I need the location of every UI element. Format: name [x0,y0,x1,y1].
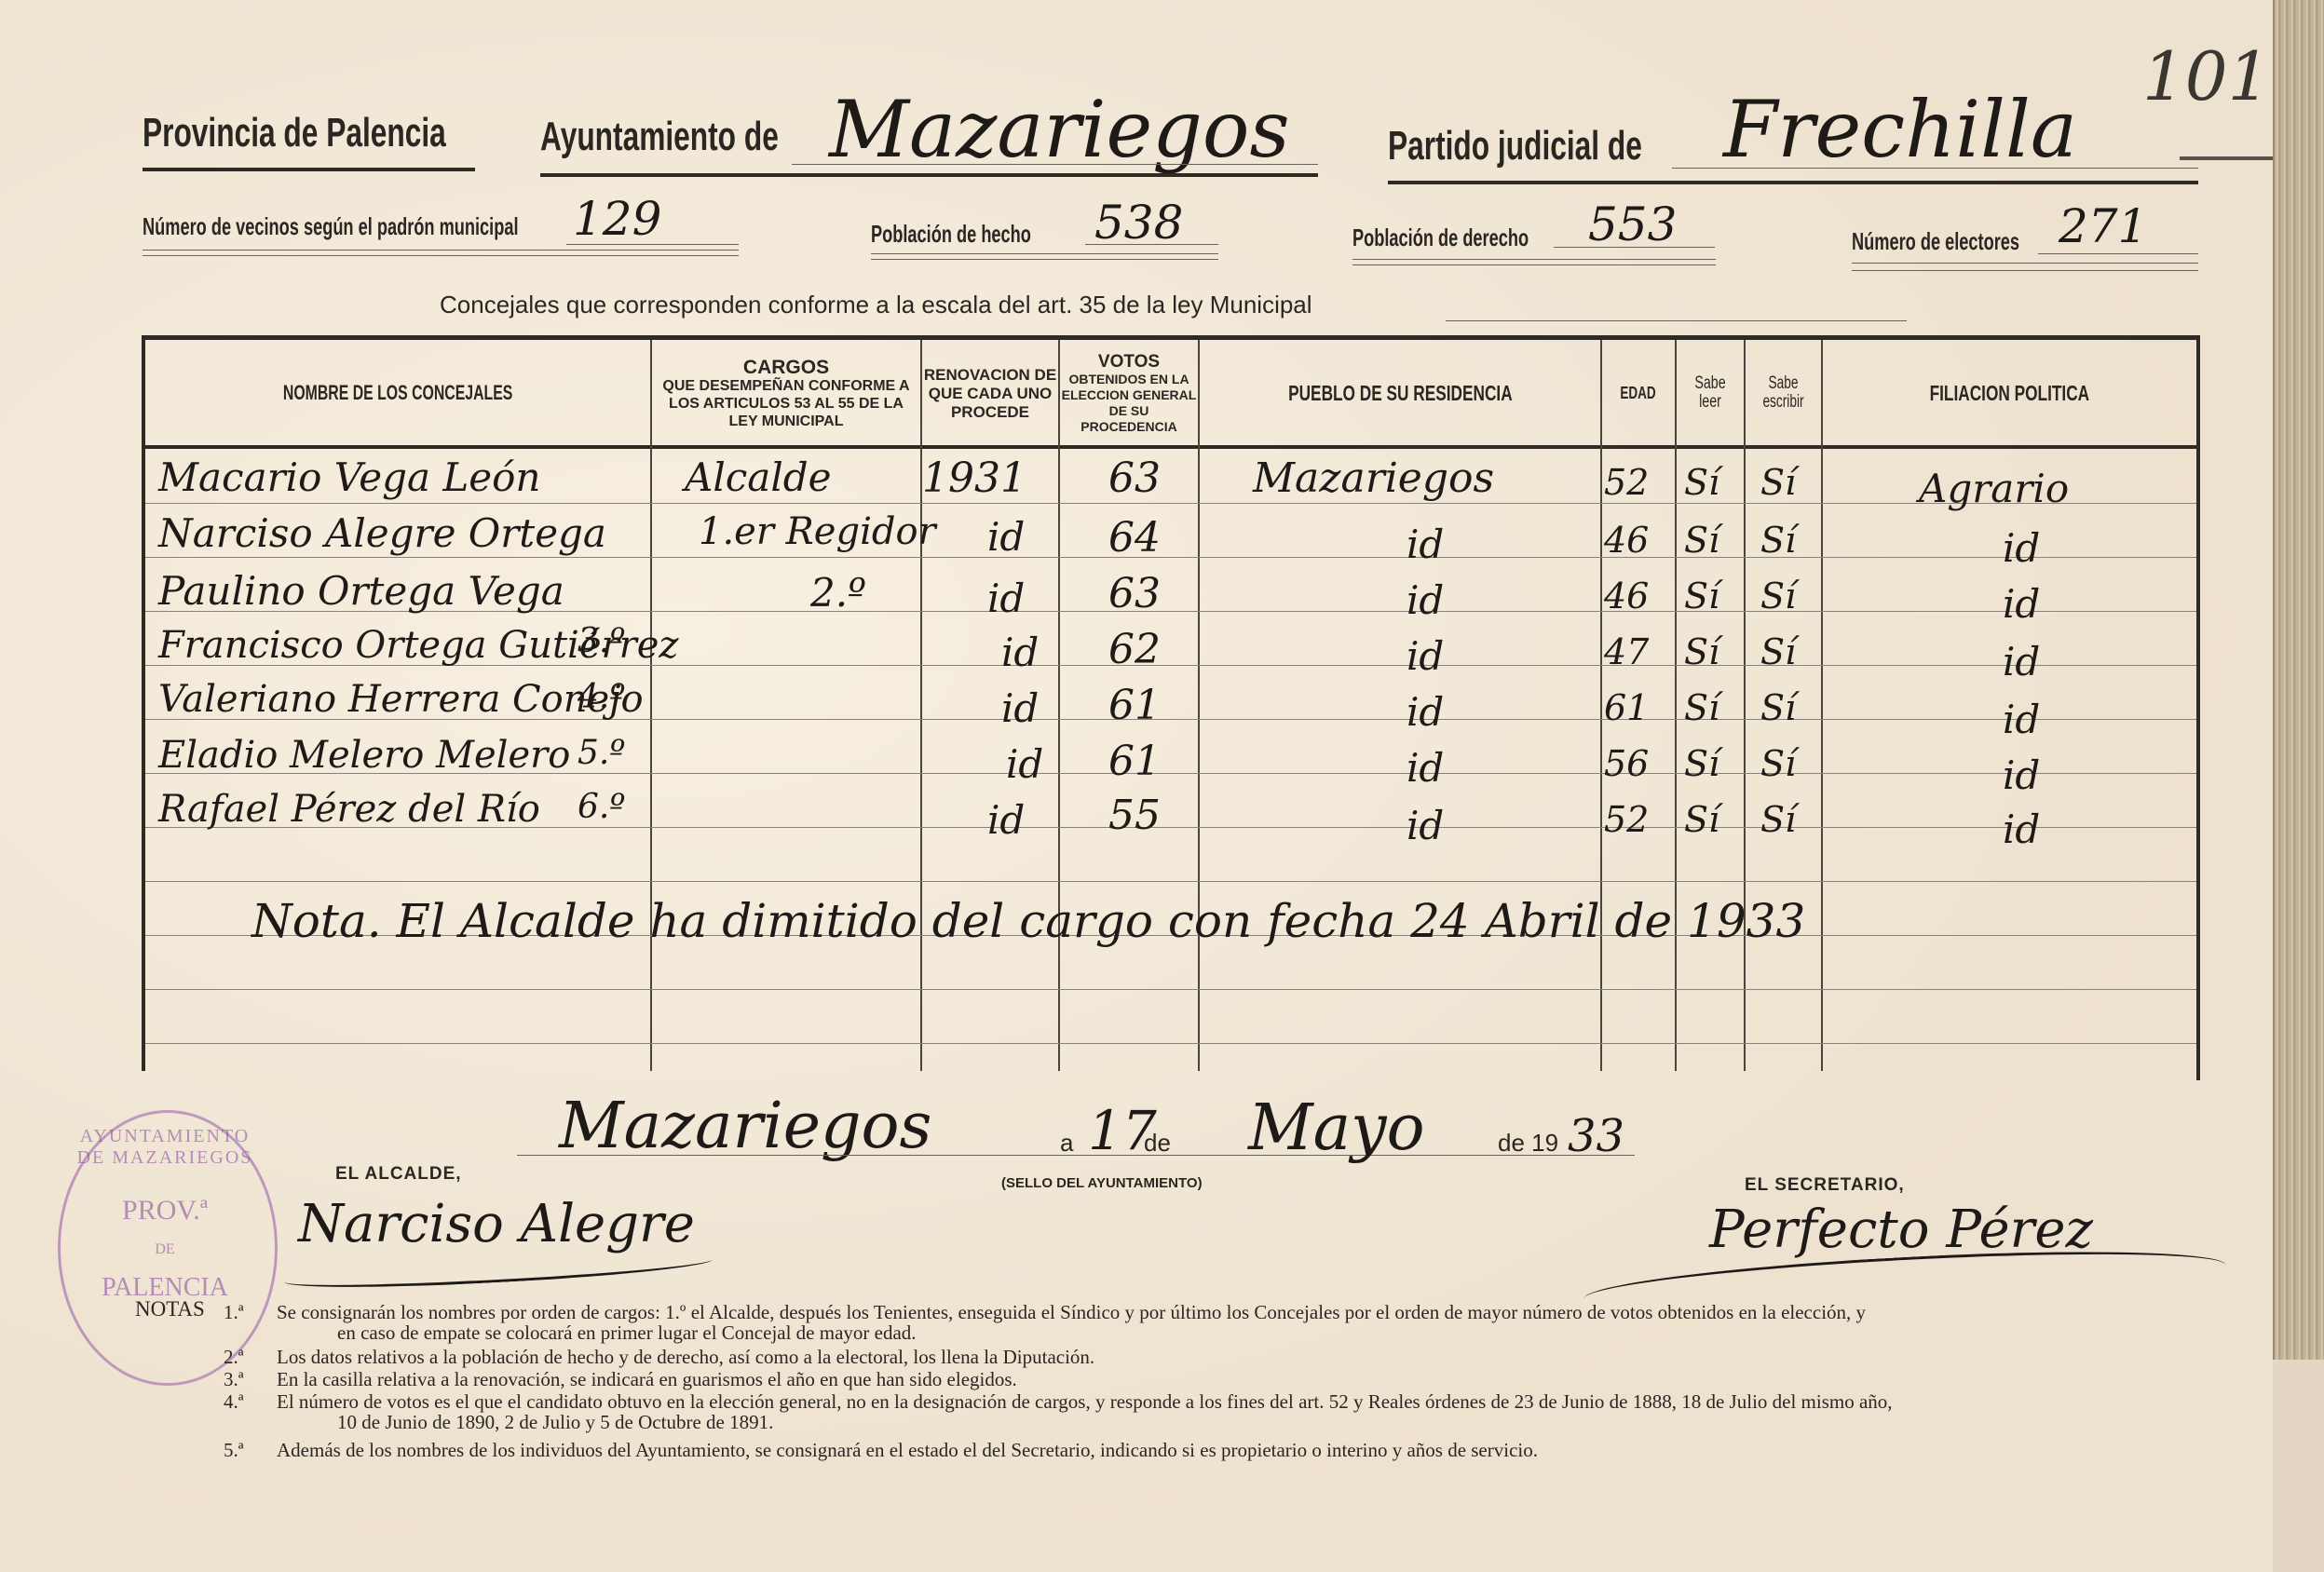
col-header-sabe-escribir: Sabe escribir [1746,340,1821,445]
note-4-cont: 10 de Junio de 1890, 2 de Julio y 5 de O… [337,1412,773,1432]
col-divider-1 [650,340,652,1071]
cell-escribir: Sí [1760,687,1796,728]
derecho-line [1554,247,1715,248]
cell-escribir: Sí [1760,631,1796,672]
concejales-caption: Concejales que corresponden conforme a l… [440,291,1312,319]
row-line [145,881,2196,882]
row-line [145,989,2196,990]
cell-cargo: 2.º [810,570,866,616]
page-number-underline [2180,156,2273,160]
alcalde-signature: Narciso Alegre [298,1194,695,1254]
cell-votos: 63 [1108,570,1161,617]
col-divider-8 [1821,340,1823,1071]
row-line [145,503,2196,504]
hecho-line [1085,244,1218,245]
cell-edad: 46 [1604,520,1649,561]
cell-pueblo: id [1407,577,1444,623]
vecinos-value[interactable]: 129 [573,192,661,246]
col-header-pueblo-text: PUEBLO DE SU RESIDENCIA [1288,384,1513,402]
col-header-sabe-leer: Sabe leer [1677,340,1744,445]
cell-leer: Sí [1684,799,1719,840]
cell-votos: 63 [1108,454,1161,502]
cell-leer: Sí [1684,576,1719,617]
secretario-signature: Perfecto Pérez [1709,1199,2093,1260]
col-divider-2 [920,340,922,1071]
cell-renovacion: id [987,576,1025,621]
partido-value[interactable]: Frechilla [1723,84,2077,175]
cell-renovacion: id [987,514,1025,560]
cell-edad: 46 [1604,576,1649,617]
note-2-text: Los datos relativos a la población de he… [277,1347,1094,1367]
cell-escribir: Sí [1760,743,1796,784]
partido-field-line [1672,168,2198,169]
partido-label: Partido judicial de [1388,123,1642,169]
provincia-underline [143,168,475,171]
cell-votos: 64 [1108,514,1161,562]
col-header-nombre: NOMBRE DE LOS CONCEJALES [145,340,650,445]
provincia-label: Provincia de Palencia [143,110,446,156]
derecho-value[interactable]: 553 [1588,197,1677,251]
cell-escribir: Sí [1760,799,1796,840]
note-3-num: 3.ª [224,1369,244,1389]
cell-renovacion: id [1001,630,1039,675]
table-header-bottom-border [142,445,2200,449]
cell-pueblo: id [1407,745,1444,791]
cell-cargo: 1.er Regidor [699,510,936,553]
cell-filiacion: id [2003,697,2040,742]
cell-cargo: 4.º [578,678,625,716]
vecinos-line [566,244,739,245]
date-year-prefix: de 19 [1498,1129,1558,1158]
alcalde-signature-flourish [284,1248,714,1294]
cell-escribir: Sí [1760,576,1796,617]
cell-pueblo: id [1407,633,1444,679]
hecho-line-3 [871,259,1218,260]
cell-filiacion: id [2003,525,2040,571]
note-1-num: 1.ª [224,1302,244,1322]
col-header-votos: VOTOS OBTENIDOS EN LA ELECCION GENERAL D… [1060,343,1198,445]
note-4-text: El número de votos es el que el candidat… [277,1391,1893,1412]
electores-value[interactable]: 271 [2059,199,2147,253]
hecho-value[interactable]: 538 [1094,196,1183,250]
stamp-line2: DE [61,1241,269,1258]
ayuntamiento-underline [540,173,1318,177]
note-4-num: 4.ª [224,1391,244,1412]
col-header-cargos-title: CARGOS [743,359,829,377]
hecho-line-2 [871,253,1218,254]
derecho-line-3 [1352,264,1716,265]
cell-votos: 61 [1108,738,1161,785]
col-divider-5 [1600,340,1602,1071]
alcalde-label: EL ALCALDE, [335,1164,462,1185]
stamp-ring-text: AYUNTAMIENTO DE MAZARIEGOS [70,1126,260,1169]
cell-votos: 62 [1108,626,1161,673]
date-de-label: de [1144,1129,1171,1158]
ayuntamiento-label: Ayuntamiento de [540,114,779,160]
cell-renovacion: id [987,797,1025,843]
cell-escribir: Sí [1760,520,1796,561]
electores-line-2 [1852,263,2198,264]
cell-pueblo: id [1407,689,1444,735]
col-divider-7 [1744,340,1746,1071]
vecinos-line-3 [143,255,739,256]
date-month: Mayo [1248,1091,1425,1165]
derecho-label: Población de derecho [1352,224,1529,252]
book-page-bottom [2273,1360,2324,1572]
col-header-cargos-sub: QUE DESEMPEÑAN CONFORME A LOS ARTICULOS … [652,377,920,430]
cell-leer: Sí [1684,631,1719,672]
secretario-label: EL SECRETARIO, [1745,1175,1905,1196]
col-header-votos-title: VOTOS [1098,353,1160,372]
cell-nombre: Rafael Pérez del Río [158,788,540,831]
col-header-renovacion: RENOVACION DE QUE CADA UNO PROCEDE [922,343,1058,445]
cell-filiacion: id [2003,752,2040,798]
cell-nombre: Eladio Melero Melero [158,734,570,777]
electores-line-3 [1852,270,2198,271]
cell-cargo: 3.º [578,622,625,660]
col-header-sabe-leer-text: Sabe leer [1692,374,1729,412]
document-page: 101 Provincia de Palencia Ayuntamiento d… [0,0,2273,1572]
date-year-suffix: 33 [1568,1110,1624,1162]
cell-cargo: Alcalde [685,454,832,500]
caption-line [1446,320,1907,321]
cell-edad: 61 [1604,687,1649,728]
partido-underline [1388,181,2198,184]
cell-votos: 61 [1108,682,1161,729]
stamp-line1: PROV.ª [61,1195,269,1226]
cell-pueblo: Mazariegos [1253,454,1494,502]
cell-nombre: Macario Vega León [158,454,540,500]
row-line [145,1043,2196,1044]
note-3-text: En la casilla relativa a la renovación, … [277,1369,1017,1389]
electores-label: Número de electores [1852,227,2019,256]
cell-filiacion: Agrario [1919,466,2069,511]
col-header-cargos: CARGOS QUE DESEMPEÑAN CONFORME A LOS ART… [652,343,920,445]
cell-renovacion: id [1001,685,1039,731]
note-5-num: 5.ª [224,1440,244,1460]
cell-votos: 55 [1108,792,1161,839]
cell-cargo: 5.º [578,734,625,772]
date-place: Mazariegos [559,1090,931,1163]
hecho-label: Población de hecho [871,220,1031,249]
cell-pueblo: id [1407,522,1444,567]
cell-edad: 56 [1604,743,1649,784]
col-header-edad: EDAD [1602,340,1675,445]
cell-nombre: Paulino Ortega Vega [158,568,564,614]
cell-pueblo: id [1407,803,1444,848]
col-header-nombre-text: NOMBRE DE LOS CONCEJALES [283,384,512,402]
cell-renovacion: 1931 [922,454,1026,502]
vecinos-line-2 [143,250,739,251]
ayuntamiento-value[interactable]: Mazariegos [829,84,1290,175]
ayuntamiento-stamp: AYUNTAMIENTO DE MAZARIEGOS PROV.ª DE PAL… [58,1110,278,1386]
col-divider-3 [1058,340,1060,1071]
cell-renovacion: id [1006,741,1043,787]
row-line [145,557,2196,558]
note-5-text: Además de los nombres de los individuos … [277,1440,1538,1460]
electores-line [2038,253,2198,254]
vecinos-label: Número de vecinos según el padrón munici… [143,212,519,241]
cell-edad: 52 [1604,462,1649,503]
col-header-votos-sub: OBTENIDOS EN LA ELECCION GENERAL DE SU P… [1060,372,1198,435]
col-divider-4 [1198,340,1200,1071]
cell-nombre: Valeriano Herrera Conejo [158,678,644,721]
sello-label: (SELLO DEL AYUNTAMIENTO) [1001,1175,1203,1191]
cell-cargo: 6.º [578,788,625,826]
col-header-edad-text: EDAD [1621,384,1656,402]
col-header-filiacion: FILIACION POLITICA [1823,340,2196,445]
cell-escribir: Sí [1760,462,1796,503]
col-divider-6 [1675,340,1677,1071]
col-header-renovacion-text: RENOVACION DE QUE CADA UNO PROCEDE [922,366,1058,422]
table-note: Nota. El Alcalde ha dimitido del cargo c… [251,894,1805,948]
date-line [517,1155,1635,1156]
cell-edad: 52 [1604,799,1649,840]
col-header-filiacion-text: FILIACION POLITICA [1930,384,2090,402]
col-header-pueblo: PUEBLO DE SU RESIDENCIA [1200,340,1600,445]
cell-leer: Sí [1684,687,1719,728]
cell-leer: Sí [1684,520,1719,561]
cell-nombre: Narciso Alegre Ortega [158,510,606,556]
page-number: 101 [2142,37,2270,115]
derecho-line-2 [1352,259,1716,260]
note-1-text: Se consignarán los nombres por orden de … [277,1302,1866,1322]
book-page-edges [2273,0,2324,1360]
ayuntamiento-field-line [792,164,1318,165]
col-header-sabe-escribir-text: Sabe escribir [1759,374,1808,412]
notes-label: NOTAS [135,1299,205,1320]
cell-filiacion: id [2003,581,2040,627]
cell-leer: Sí [1684,462,1719,503]
note-2-num: 2.ª [224,1347,244,1367]
cell-filiacion: id [2003,639,2040,684]
cell-filiacion: id [2003,806,2040,852]
note-1-cont: en caso de empate se colocará en primer … [337,1322,917,1343]
date-a-label: a [1060,1129,1073,1158]
cell-leer: Sí [1684,743,1719,784]
cell-edad: 47 [1604,631,1649,672]
